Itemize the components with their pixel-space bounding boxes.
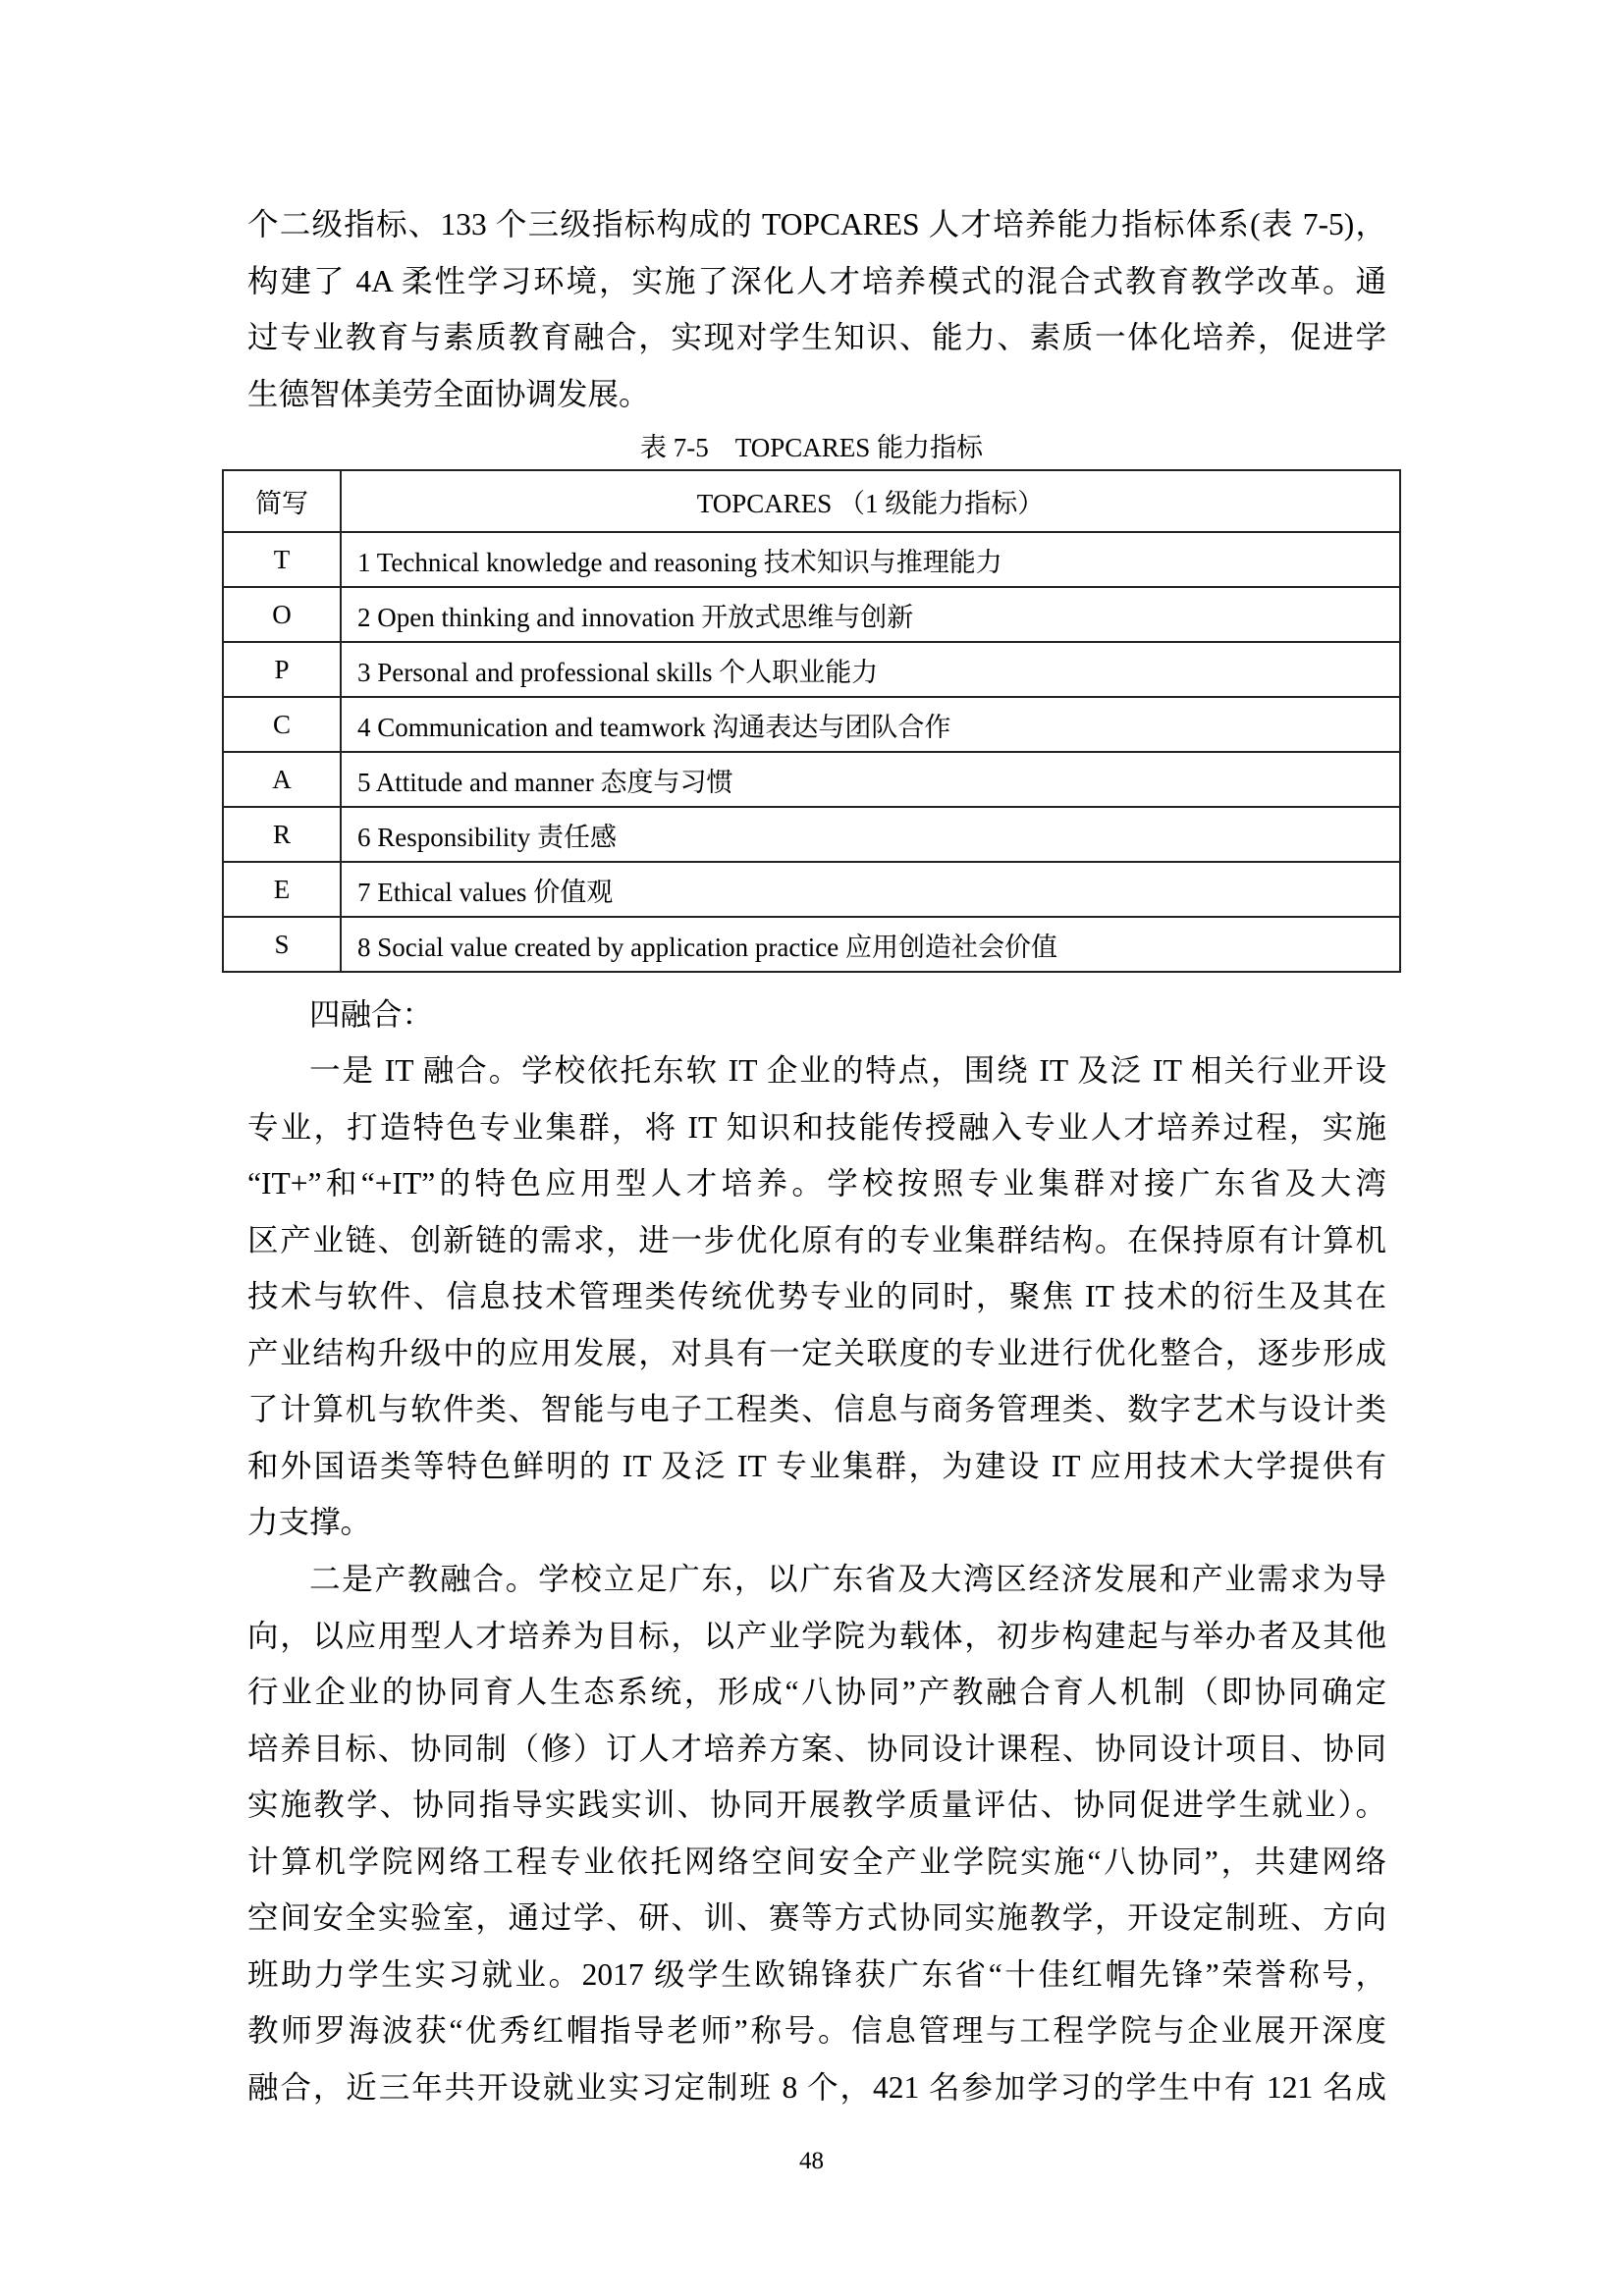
table-row: C 4 Communication and teamwork 沟通表达与团队合作	[223, 697, 1400, 752]
text-line: 融合，近三年共开设就业实习定制班 8 个，421 名参加学习的学生中有 121 …	[247, 2059, 1386, 2116]
paragraph-it-integration: 一是 IT 融合。学校依托东软 IT 企业的特点，围绕 IT 及泛 IT 相关行…	[247, 1042, 1386, 1551]
text-line: 教师罗海波获“优秀红帽指导老师”称号。信息管理与工程学院与企业展开深度	[247, 2002, 1386, 2059]
text-line: 行业企业的协同育人生态系统，形成“八协同”产教融合育人机制（即协同确定	[247, 1664, 1386, 1721]
table-header-row: 简写 TOPCARES （1 级能力指标）	[223, 470, 1400, 532]
table-caption: 表 7-5 TOPCARES 能力指标	[0, 428, 1623, 467]
text-line: 和外国语类等特色鲜明的 IT 及泛 IT 专业集群，为建设 IT 应用技术大学提…	[247, 1438, 1386, 1495]
table-row: S 8 Social value created by application …	[223, 917, 1400, 972]
cell-abbr: T	[223, 532, 341, 587]
section-heading-block: 四融合：	[247, 987, 1386, 1043]
cell-desc: 8 Social value created by application pr…	[341, 917, 1400, 972]
table-row: O 2 Open thinking and innovation 开放式思维与创…	[223, 587, 1400, 642]
cell-desc: 6 Responsibility 责任感	[341, 807, 1400, 862]
header-abbr: 简写	[223, 470, 341, 532]
cell-abbr: P	[223, 642, 341, 697]
text-line: 一是 IT 融合。学校依托东软 IT 企业的特点，围绕 IT 及泛 IT 相关行…	[247, 1042, 1386, 1099]
text-line: 产业结构升级中的应用发展，对具有一定关联度的专业进行优化整合，逐步形成	[247, 1325, 1386, 1382]
document-page: 个二级指标、133 个三级指标构成的 TOPCARES 人才培养能力指标体系(表…	[0, 0, 1623, 2296]
text-line: 班助力学生实习就业。2017 级学生欧锦锋获广东省“十佳红帽先锋”荣誉称号，	[247, 1947, 1386, 2003]
table-row: R 6 Responsibility 责任感	[223, 807, 1400, 862]
cell-desc: 7 Ethical values 价值观	[341, 862, 1400, 917]
table-row: T 1 Technical knowledge and reasoning 技术…	[223, 532, 1400, 587]
cell-abbr: E	[223, 862, 341, 917]
section-heading: 四融合：	[247, 987, 1386, 1043]
cell-abbr: O	[223, 587, 341, 642]
text-line: 培养目标、协同制（修）订人才培养方案、协同设计课程、协同设计项目、协同	[247, 1721, 1386, 1778]
text-line: “IT+”和“+IT”的特色应用型人才培养。学校按照专业集群对接广东省及大湾	[247, 1155, 1386, 1212]
cell-desc: 1 Technical knowledge and reasoning 技术知识…	[341, 532, 1400, 587]
cell-desc: 2 Open thinking and innovation 开放式思维与创新	[341, 587, 1400, 642]
paragraph-industry-education-integration: 二是产教融合。学校立足广东，以广东省及大湾区经济发展和产业需求为导 向，以应用型…	[247, 1551, 1386, 2115]
cell-abbr: S	[223, 917, 341, 972]
intro-paragraph: 个二级指标、133 个三级指标构成的 TOPCARES 人才培养能力指标体系(表…	[247, 196, 1386, 422]
cell-abbr: C	[223, 697, 341, 752]
text-line: 构建了 4A 柔性学习环境，实施了深化人才培养模式的混合式教育教学改革。通	[247, 253, 1386, 310]
cell-abbr: A	[223, 752, 341, 807]
text-line: 了计算机与软件类、智能与电子工程类、信息与商务管理类、数字艺术与设计类	[247, 1381, 1386, 1438]
text-line: 专业，打造特色专业集群，将 IT 知识和技能传授融入专业人才培养过程，实施	[247, 1099, 1386, 1156]
text-line: 实施教学、协同指导实践实训、协同开展教学质量评估、协同促进学生就业）。	[247, 1777, 1386, 1834]
cell-desc: 4 Communication and teamwork 沟通表达与团队合作	[341, 697, 1400, 752]
cell-desc: 5 Attitude and manner 态度与习惯	[341, 752, 1400, 807]
cell-abbr: R	[223, 807, 341, 862]
text-line: 计算机学院网络工程专业依托网络空间安全产业学院实施“八协同”，共建网络	[247, 1834, 1386, 1891]
table-row: E 7 Ethical values 价值观	[223, 862, 1400, 917]
text-line: 力支撑。	[247, 1494, 1386, 1551]
text-line: 个二级指标、133 个三级指标构成的 TOPCARES 人才培养能力指标体系(表…	[247, 196, 1386, 253]
table-row: P 3 Personal and professional skills 个人职…	[223, 642, 1400, 697]
header-topcares: TOPCARES （1 级能力指标）	[341, 470, 1400, 532]
text-line: 生德智体美劳全面协调发展。	[247, 366, 1386, 423]
page-number: 48	[0, 2148, 1623, 2175]
text-line: 技术与软件、信息技术管理类传统优势专业的同时，聚焦 IT 技术的衍生及其在	[247, 1268, 1386, 1325]
table-row: A 5 Attitude and manner 态度与习惯	[223, 752, 1400, 807]
text-line: 二是产教融合。学校立足广东，以广东省及大湾区经济发展和产业需求为导	[247, 1551, 1386, 1608]
topcares-table: 简写 TOPCARES （1 级能力指标） T 1 Technical know…	[222, 469, 1401, 973]
cell-desc: 3 Personal and professional skills 个人职业能…	[341, 642, 1400, 697]
text-line: 区产业链、创新链的需求，进一步优化原有的专业集群结构。在保持原有计算机	[247, 1212, 1386, 1269]
text-line: 过专业教育与素质教育融合，实现对学生知识、能力、素质一体化培养，促进学	[247, 309, 1386, 366]
text-line: 空间安全实验室，通过学、研、训、赛等方式协同实施教学，开设定制班、方向	[247, 1890, 1386, 1947]
text-line: 向，以应用型人才培养为目标，以产业学院为载体，初步构建起与举办者及其他	[247, 1608, 1386, 1665]
